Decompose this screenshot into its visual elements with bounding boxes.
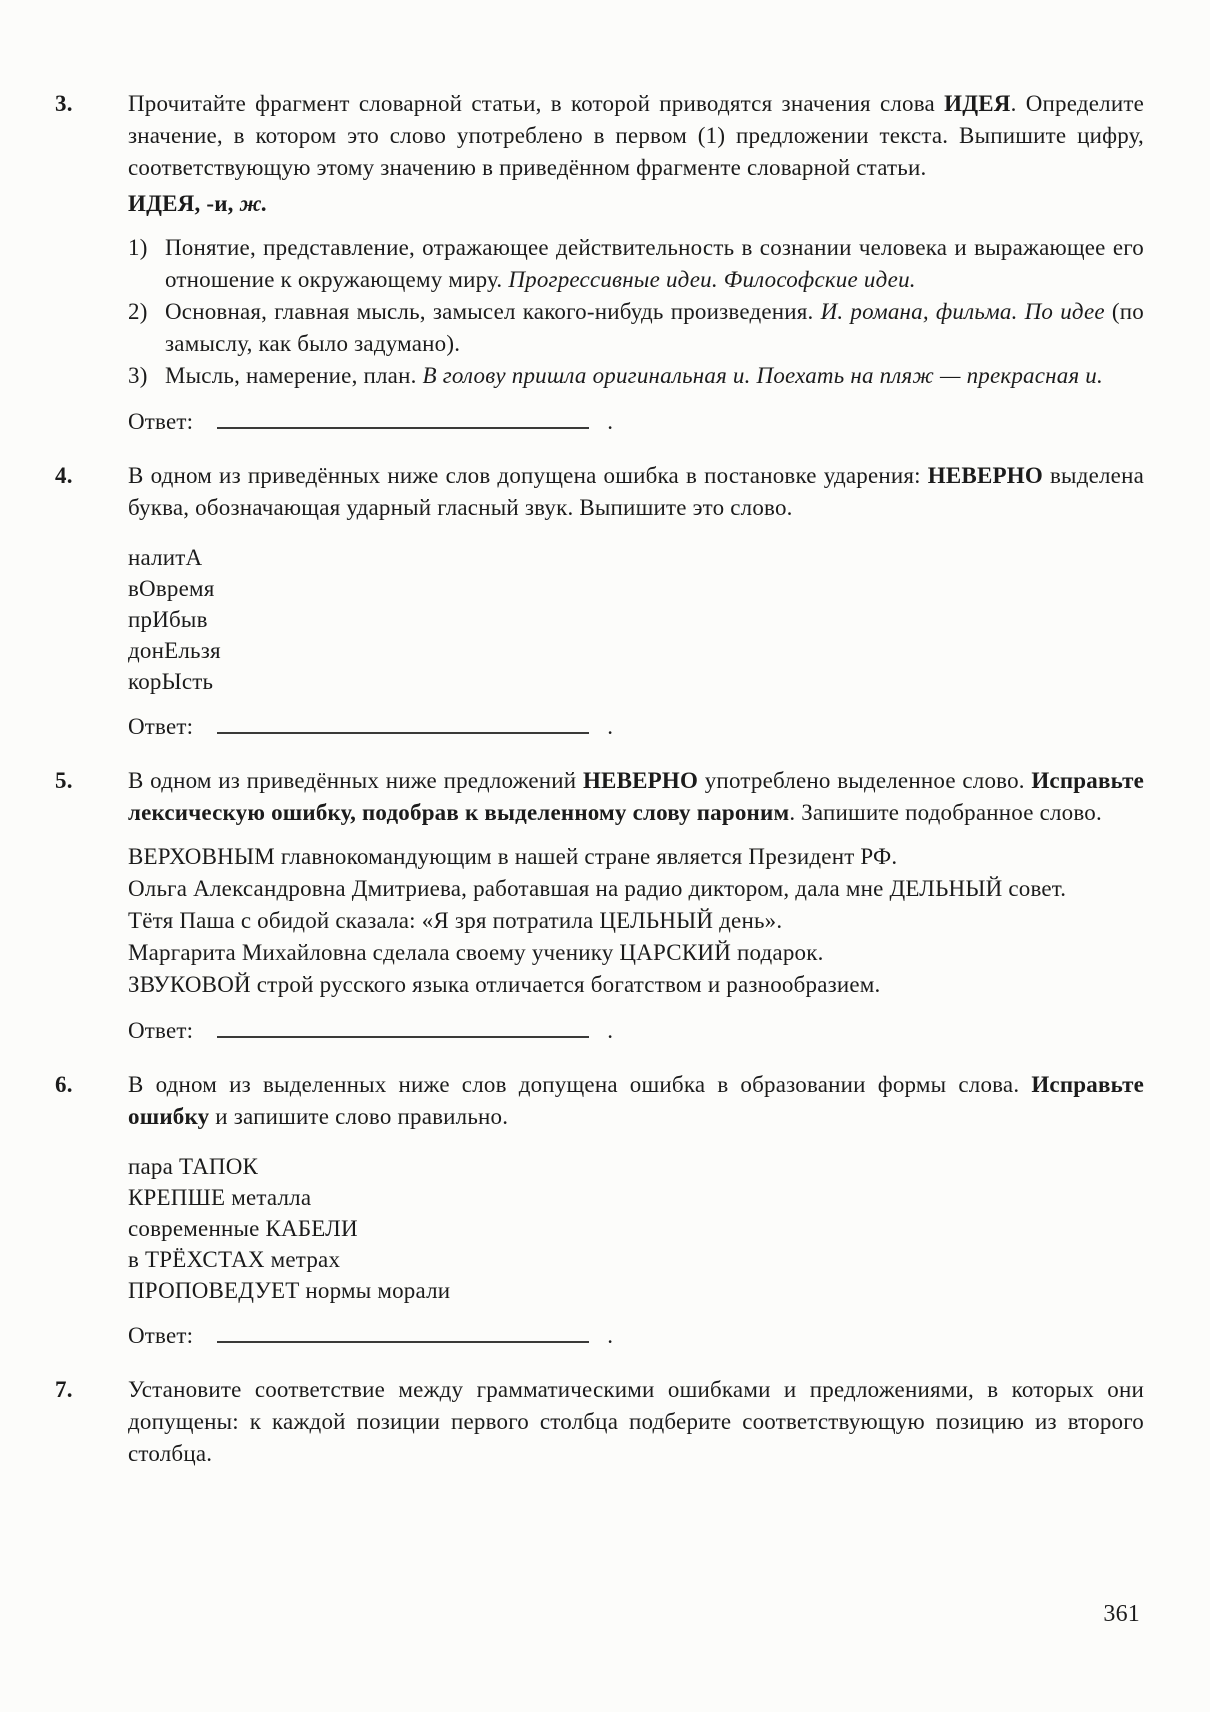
task-number: 7. [55,1374,128,1470]
definition-example: В голову пришла оригинальная и. Поехать … [423,363,1103,388]
answer-blank-line [217,409,589,429]
word-item: донЕльзя [128,635,1144,666]
intro-text: употреблено выделенное слово. [698,768,1031,793]
task-4: 4. В одном из приведённых ниже слов допу… [55,460,1144,743]
definition-body: Основная, главная мысль, замысел какого-… [165,299,821,324]
answer-period: . [607,714,613,739]
intro-text: Прочитайте фрагмент словарной статьи, в … [128,91,944,116]
intro-text: В одном из приведённых ниже предложений [128,768,583,793]
answer-blank-line [217,1323,589,1343]
task-6: 6. В одном из выделенных ниже слов допущ… [55,1069,1144,1352]
keyword-bold: НЕВЕРНО [583,768,698,793]
word-list: налитА вОвремя прИбыв донЕльзя корЫсть [128,542,1144,697]
answer-blank-line [217,1018,589,1038]
headword-gender: ж. [240,191,268,216]
sentence-item: Ольга Александровна Дмитриева, работавша… [128,873,1144,905]
answer-period: . [607,1323,613,1348]
dictionary-headword: ИДЕЯ, -и, ж. [128,188,1144,220]
sentence-item: ВЕРХОВНЫМ главнокомандующим в нашей стра… [128,841,1144,873]
task-body: Прочитайте фрагмент словарной статьи, в … [128,88,1144,438]
keyword-bold: ИДЕЯ [944,91,1010,116]
task-5: 5. В одном из приведённых ниже предложен… [55,765,1144,1047]
word-item: корЫсть [128,666,1144,697]
task-number: 6. [55,1069,128,1352]
intro-text: . Запишите подобранное слово. [789,800,1102,825]
definition-example: Прогрессивные идеи. Философские идеи. [508,267,915,292]
phrase-list: пара ТАПОК КРЕПШЕ металла современные КА… [128,1151,1144,1306]
definition-item: 2) Основная, главная мысль, замысел како… [128,296,1144,360]
answer-blank-line [217,714,589,734]
task-intro: Прочитайте фрагмент словарной статьи, в … [128,88,1144,184]
phrase-item: КРЕПШЕ металла [128,1182,1144,1213]
task-number: 5. [55,765,128,1047]
answer-row: Ответ:. [128,1015,1144,1047]
answer-label: Ответ: [128,409,193,434]
word-item: вОвремя [128,573,1144,604]
task-intro: В одном из приведённых ниже предложений … [128,765,1144,829]
task-number: 4. [55,460,128,743]
definition-example: И. романа, фильма. По идее [821,299,1112,324]
definition-item: 3) Мысль, намерение, план. В голову приш… [128,360,1144,392]
intro-text: и запишите слово правильно. [209,1104,508,1129]
answer-period: . [607,1018,613,1043]
page-number: 361 [1103,1598,1140,1630]
answer-period: . [607,409,613,434]
answer-label: Ответ: [128,1018,193,1043]
answer-row: Ответ:. [128,1320,1144,1352]
keyword-bold: НЕВЕРНО [928,463,1043,488]
task-7: 7. Установите соответствие между граммат… [55,1374,1144,1470]
definition-text: Мысль, намерение, план. В голову пришла … [165,360,1144,392]
dictionary-definitions: 1) Понятие, представление, отражающее де… [128,232,1144,392]
answer-label: Ответ: [128,1323,193,1348]
task-intro: Установите соответствие между грамматиче… [128,1374,1144,1470]
task-body: В одном из приведённых ниже слов допущен… [128,460,1144,743]
task-body: Установите соответствие между грамматиче… [128,1374,1144,1470]
word-item: прИбыв [128,604,1144,635]
definition-text: Понятие, представление, отражающее дейст… [165,232,1144,296]
intro-text: В одном из выделенных ниже слов допущена… [128,1072,1031,1097]
definition-text: Основная, главная мысль, замысел какого-… [165,296,1144,360]
phrase-item: пара ТАПОК [128,1151,1144,1182]
definition-number: 1) [128,232,165,296]
task-intro: В одном из приведённых ниже слов допущен… [128,460,1144,524]
task-body: В одном из приведённых ниже предложений … [128,765,1144,1047]
sentence-list: ВЕРХОВНЫМ главнокомандующим в нашей стра… [128,841,1144,1001]
headword-text: ИДЕЯ, -и, [128,191,240,216]
definition-number: 2) [128,296,165,360]
phrase-item: ПРОПОВЕДУЕТ нормы морали [128,1275,1144,1306]
answer-row: Ответ:. [128,406,1144,438]
task-intro: В одном из выделенных ниже слов допущена… [128,1069,1144,1133]
definition-number: 3) [128,360,165,392]
task-3: 3. Прочитайте фрагмент словарной статьи,… [55,88,1144,438]
sentence-item: ЗВУКОВОЙ строй русского языка отличается… [128,969,1144,1001]
definition-body: Мысль, намерение, план. [165,363,423,388]
phrase-item: современные КАБЕЛИ [128,1213,1144,1244]
sentence-item: Маргарита Михайловна сделала своему учен… [128,937,1144,969]
word-item: налитА [128,542,1144,573]
textbook-page: 3. Прочитайте фрагмент словарной статьи,… [0,0,1210,1712]
task-number: 3. [55,88,128,438]
definition-item: 1) Понятие, представление, отражающее де… [128,232,1144,296]
task-body: В одном из выделенных ниже слов допущена… [128,1069,1144,1352]
answer-row: Ответ:. [128,711,1144,743]
phrase-item: в ТРЁХСТАХ метрах [128,1244,1144,1275]
sentence-item: Тётя Паша с обидой сказала: «Я зря потра… [128,905,1144,937]
answer-label: Ответ: [128,714,193,739]
intro-text: В одном из приведённых ниже слов допущен… [128,463,928,488]
